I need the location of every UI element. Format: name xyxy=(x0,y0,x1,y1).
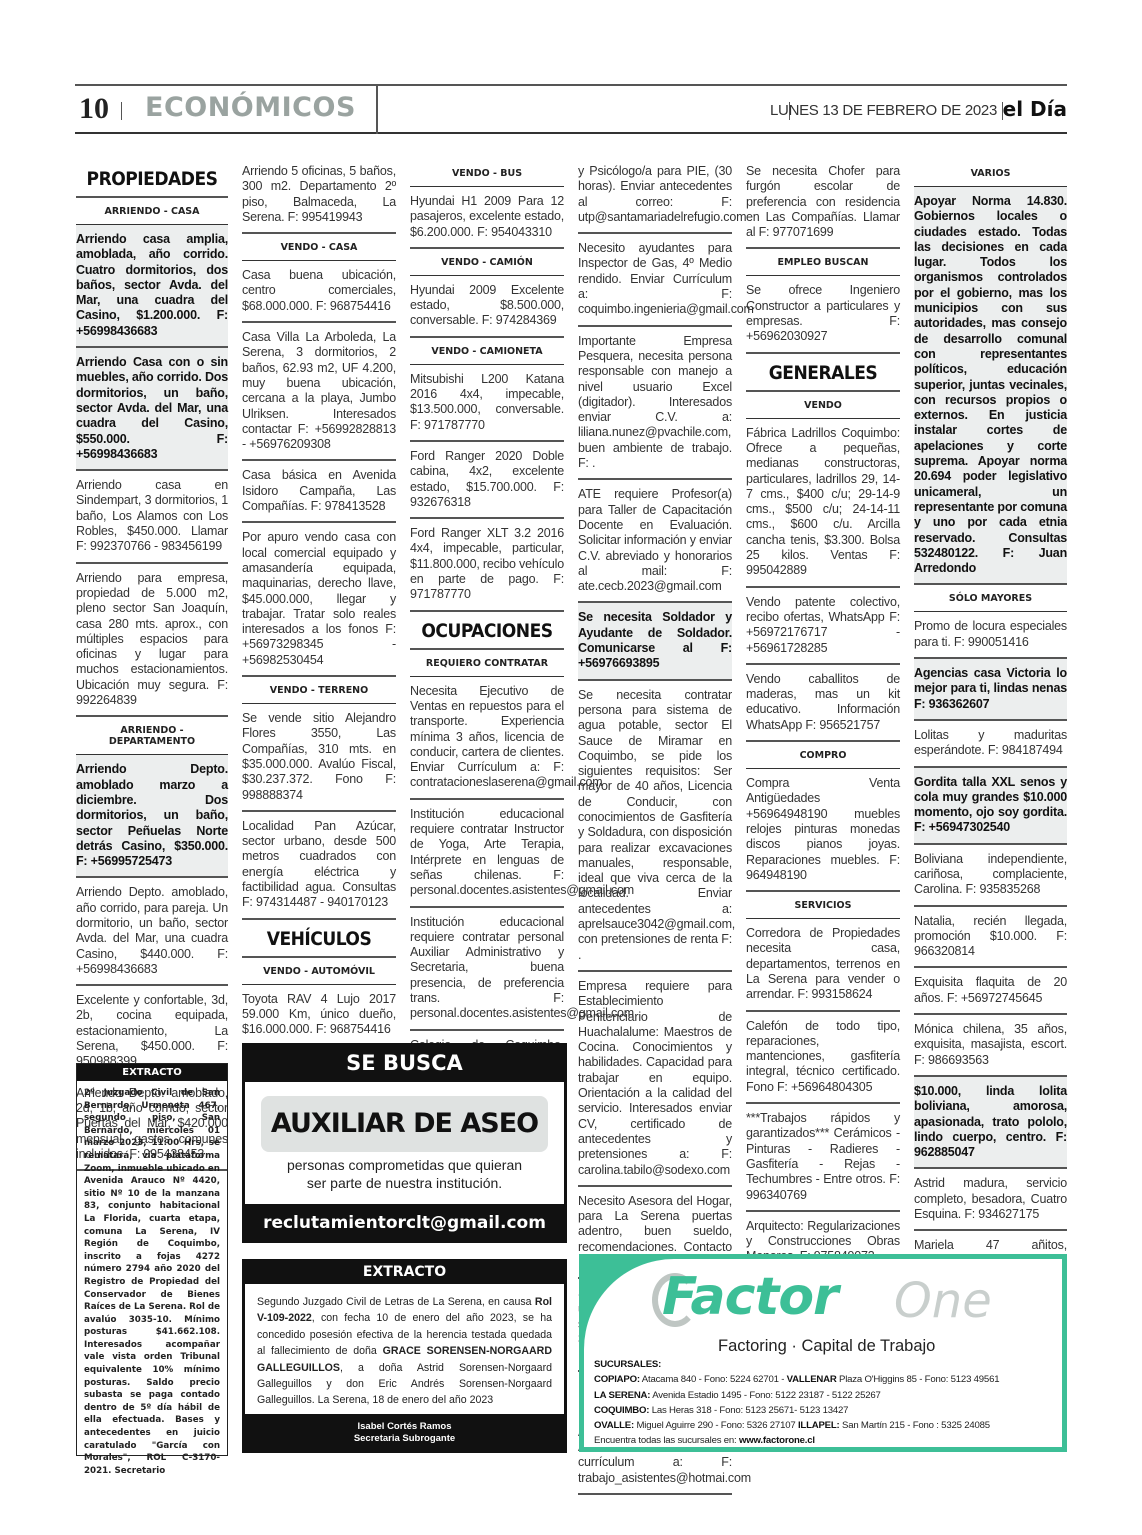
classified-ad: Se necesita contratar persona para siste… xyxy=(578,681,732,972)
category-heading: REQUIERO CONTRATAR xyxy=(410,650,564,677)
classified-ad: Vendo caballitos de maderas, mas un kit … xyxy=(746,665,900,742)
category-heading: VENDO - TERRENO xyxy=(242,677,396,704)
category-heading: VENDO - AUTOMÓVIL xyxy=(242,958,396,985)
ad-title: SE BUSCA xyxy=(243,1044,566,1082)
branch-info: Las Heras 318 - Fono: 5123 25671- 5123 1… xyxy=(652,1405,849,1416)
classified-ad: Agencias casa Victoria lo mejor para ti,… xyxy=(914,659,1067,721)
notice-text: Segundo Juzgado Civil de Letras de La Se… xyxy=(257,1296,535,1308)
classified-ad: Casa buena ubicación, centro comerciales… xyxy=(242,261,396,323)
section-heading: PROPIEDADES xyxy=(76,162,228,198)
website-link[interactable]: www.factorone.cl xyxy=(739,1435,815,1446)
classified-ad: Se vende sitio Alejandro Flores 3550, La… xyxy=(242,704,396,812)
classified-ad: Mitsubishi L200 Katana 2016 4x4, impecab… xyxy=(410,365,564,442)
category-heading: VENDO - CAMIÓN xyxy=(410,249,564,276)
branch-info: Avenida Estadio 1495 - Fono: 5122 23187 … xyxy=(652,1390,880,1401)
classified-ad: ATE requiere Profesor(a) para Taller de … xyxy=(578,480,732,603)
branch-row: LA SERENA: Avenida Estadio 1495 - Fono: … xyxy=(594,1388,999,1403)
branch-info: Miguel Aguirre 290 - Fono: 5326 27107 xyxy=(636,1420,797,1431)
job-ad-se-busca: SE BUSCA AUXILIAR DE ASEO personas compr… xyxy=(242,1043,567,1243)
issue-date: LUNES 13 DE FEBRERO DE 2023 xyxy=(770,102,997,119)
classified-ad: ***Trabajos rápidos y garantizados*** Ce… xyxy=(746,1104,900,1212)
classified-ad: Se necesita Soldador y Ayudante de Solda… xyxy=(578,603,732,680)
divider xyxy=(376,86,378,134)
ad-body: Factor One Factoring · Capital de Trabaj… xyxy=(584,1259,1062,1447)
page-header: 10 ECONÓMICOS LUNES 13 DE FEBRERO DE 202… xyxy=(75,84,1067,134)
brand-suffix: One xyxy=(894,1273,992,1329)
ad-subtitle-line: personas comprometidas que quieran xyxy=(245,1156,564,1174)
legal-notice-extracto: EXTRACTO 2º Juzgado Civil de San Bernard… xyxy=(76,1063,228,1456)
classified-ad: Ford Ranger XLT 3.2 2016 4x4, impecable,… xyxy=(410,519,564,611)
footer-text: Encuentra todas las sucursales en: xyxy=(594,1435,739,1446)
classified-ad: Necesita Ejecutivo de Ventas en repuesto… xyxy=(410,677,564,800)
classified-ad: Boliviana independiente, cariñosa, compl… xyxy=(914,845,1067,907)
category-heading: COMPRO xyxy=(746,742,900,769)
divider xyxy=(121,102,122,120)
category-heading: SÓLO MAYORES xyxy=(914,585,1067,612)
column-3: VENDO - BUS Hyundai H1 2009 Para 12 pasa… xyxy=(410,160,564,1106)
classified-ad: Institución educacional requiere contrat… xyxy=(410,800,564,908)
classified-ad: Promo de locura especiales para ti. F: 9… xyxy=(914,612,1067,659)
classified-ad: Arriendo Casa con o sin muebles, año cor… xyxy=(76,348,228,471)
section-heading: VEHÍCULOS xyxy=(242,920,396,958)
classified-ad: Arriendo casa amplia, amoblada, año corr… xyxy=(76,225,228,348)
classified-ad: Por apuro vendo casa con local comercial… xyxy=(242,523,396,677)
classified-ad: Toyota RAV 4 Lujo 2017 59.000 Km, único … xyxy=(242,985,396,1047)
brand-name: Factor xyxy=(662,1267,838,1327)
classified-ad: Arriendo Depto. amoblado marzo a diciemb… xyxy=(76,755,228,878)
classified-ad: Calefón de todo tipo, reparaciones, mant… xyxy=(746,1012,900,1104)
notice-title: EXTRACTO xyxy=(243,1260,566,1284)
column-2: Arriendo 5 oficinas, 5 baños, 300 m2. De… xyxy=(242,164,396,1124)
branch-row: COQUIMBO: Las Heras 318 - Fono: 5123 256… xyxy=(594,1403,999,1418)
classified-ad: $10.000, linda lolita boliviana, amorosa… xyxy=(914,1077,1067,1169)
classified-ad: Arriendo casa en Sindempart, 3 dormitori… xyxy=(76,471,228,563)
branch-city: VALLENAR xyxy=(787,1374,837,1385)
classified-ad: Localidad Pan Azúcar, sector urbano, des… xyxy=(242,812,396,920)
category-heading: VARIOS xyxy=(914,160,1067,187)
page-number: 10 xyxy=(79,92,109,126)
classified-ad: Vendo patente colectivo, recibo ofertas,… xyxy=(746,588,900,665)
category-heading: VENDO - BUS xyxy=(410,160,564,187)
category-heading: VENDO - CASA xyxy=(242,234,396,261)
notice-body: Segundo Juzgado Civil de Letras de La Se… xyxy=(245,1284,564,1414)
section-heading: GENERALES xyxy=(746,354,900,392)
notice-title: EXTRACTO xyxy=(77,1064,227,1081)
notice-body: 2º Juzgado Civil de San Bernardo, Urmene… xyxy=(77,1081,227,1483)
section-heading: OCUPACIONES xyxy=(410,612,564,650)
classified-ad: Necesito ayudantes para Inspector de Gas… xyxy=(578,234,732,326)
classified-ad: Compra Venta Antigüedades +56964948190 m… xyxy=(746,769,900,892)
classified-ad: Casa Villa La Arboleda, La Serena, 3 dor… xyxy=(242,323,396,461)
branch-city: COQUIMBO: xyxy=(594,1405,649,1416)
classified-ad: Natalia, recién llegada, promoción $10.0… xyxy=(914,907,1067,969)
branch-footer: Encuentra todas las sucursales en: www.f… xyxy=(594,1433,999,1447)
factorone-ad: Factor One Factoring · Capital de Trabaj… xyxy=(579,1254,1067,1452)
classified-ad: Arriendo para empresa, propiedad de 5.00… xyxy=(76,564,228,718)
branch-list: SUCURSALES: COPIAPO: Atacama 840 - Fono:… xyxy=(594,1357,999,1447)
category-heading: SERVICIOS xyxy=(746,892,900,919)
branches-label: SUCURSALES: xyxy=(594,1359,661,1370)
branch-info: Atacama 840 - Fono: 5224 62701 - xyxy=(642,1374,787,1385)
classified-ad: Empresa requiere para Establecimiento Pe… xyxy=(578,972,732,1187)
ad-subtitle-line: ser parte de nuestra institución. xyxy=(245,1174,564,1192)
branch-city: COPIAPO: xyxy=(594,1374,640,1385)
branch-info: San Martín 215 - Fono : 5325 24085 xyxy=(840,1420,990,1431)
branch-city: LA SERENA: xyxy=(594,1390,650,1401)
ad-email-link[interactable]: reclutamientorclt@gmail.com xyxy=(243,1204,566,1242)
category-heading: ARRIENDO - CASA xyxy=(76,198,228,225)
category-heading: ARRIENDO - DEPARTAMENTO xyxy=(76,717,228,755)
classified-ad: Arriendo Depto. amoblado, año corrido, p… xyxy=(76,878,228,986)
classified-ad: Corredora de Propiedades necesita casa, … xyxy=(746,919,900,1011)
classified-ad: Hyundai 2009 Excelente estado, $8.500.00… xyxy=(410,276,564,338)
newspaper-logo: el Día xyxy=(1003,97,1067,121)
classified-ad: Casa básica en Avenida Isidoro Campaña, … xyxy=(242,461,396,523)
category-heading: VENDO - CAMIONETA xyxy=(410,338,564,365)
classified-ad: Ford Ranger 2020 Doble cabina, 4x2, exce… xyxy=(410,442,564,519)
classified-ad: Exquisita flaquita de 20 años. F: +56972… xyxy=(914,968,1067,1015)
category-heading: VENDO xyxy=(746,392,900,419)
classified-ad: Fábrica Ladrillos Coquimbo: Ofrece a peq… xyxy=(746,419,900,588)
column-propiedades: PROPIEDADES ARRIENDO - CASA Arriendo cas… xyxy=(76,162,228,1171)
signer-name: Isabel Cortés Ramos xyxy=(243,1421,566,1433)
column-6: VARIOS Apoyar Norma 14.830. Gobiernos lo… xyxy=(914,160,1067,1386)
category-heading: EMPLEO BUSCAN xyxy=(746,249,900,276)
signer-title: Secretaria Subrogante xyxy=(243,1433,566,1445)
classified-ad: Arriendo 5 oficinas, 5 baños, 300 m2. De… xyxy=(242,164,396,234)
classified-ad: Astrid madura, servicio completo, besado… xyxy=(914,1169,1067,1231)
classified-ad: Institución educacional requiere contrat… xyxy=(410,908,564,1031)
section-title: ECONÓMICOS xyxy=(145,92,356,123)
legal-notice-extracto-2: EXTRACTO Segundo Juzgado Civil de Letras… xyxy=(242,1259,567,1453)
classified-ad: Apoyar Norma 14.830. Gobiernos locales o… xyxy=(914,187,1067,585)
branch-info: Plaza O'Higgins 85 - Fono: 5123 49561 xyxy=(837,1374,1000,1385)
ad-tagline: Factoring · Capital de Trabajo xyxy=(718,1337,935,1356)
classified-ad: Se necesita Chofer para furgón escolar d… xyxy=(746,164,900,249)
notice-signature: Isabel Cortés Ramos Secretaria Subrogant… xyxy=(243,1414,566,1445)
classified-ad: Hyundai H1 2009 Para 12 pasajeros, excel… xyxy=(410,187,564,249)
classified-ad: Importante Empresa Pesquera, necesita pe… xyxy=(578,327,732,481)
branch-row: OVALLE: Miguel Aguirre 290 - Fono: 5326 … xyxy=(594,1418,999,1433)
classified-ad: y Psicólogo/a para PIE, (30 horas). Envi… xyxy=(578,164,732,234)
branch-city: OVALLE: xyxy=(594,1420,634,1431)
branch-row: COPIAPO: Atacama 840 - Fono: 5224 62701 … xyxy=(594,1372,999,1387)
classified-ad: Mónica chilena, 35 años, exquisita, masa… xyxy=(914,1015,1067,1077)
classified-ad: Lolitas y maduritas esperándote. F: 9841… xyxy=(914,721,1067,768)
ad-subtitle: personas comprometidas que quieran ser p… xyxy=(245,1152,564,1192)
branch-city: ILLAPEL: xyxy=(798,1420,840,1431)
classified-ad: Gordita talla XXL senos y cola muy grand… xyxy=(914,768,1067,845)
ad-body: AUXILIAR DE ASEO personas comprometidas … xyxy=(245,1082,564,1204)
classified-ad: Se ofrece Ingeniero Constructor a partic… xyxy=(746,276,900,353)
ad-position: AUXILIAR DE ASEO xyxy=(261,1096,548,1152)
column-5: Se necesita Chofer para furgón escolar d… xyxy=(746,164,900,1397)
